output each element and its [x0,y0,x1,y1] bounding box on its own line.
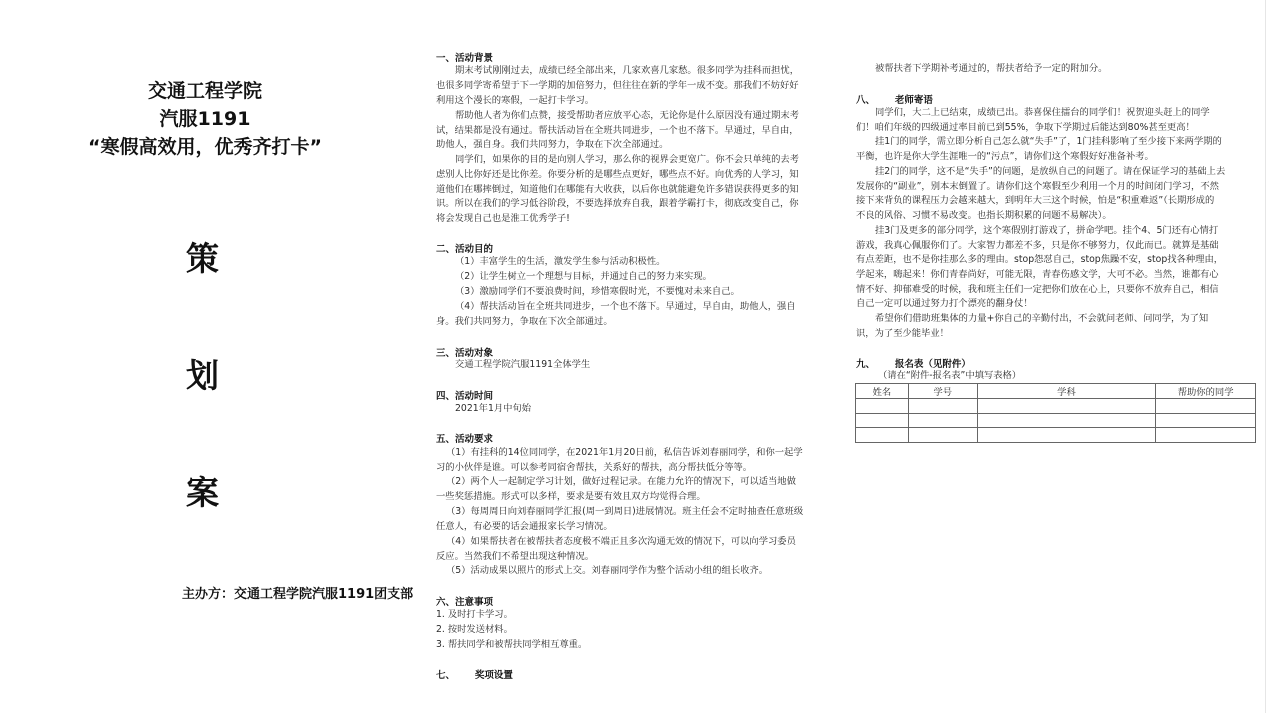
paragraph-line: 同学们，大二上已结束，成绩已出。恭喜保住擂台的同学们！祝贺迎头赶上的同学 [875,105,1210,120]
list-item: （1）有挂科的14位同同学，在2021年1月20日前，私信告诉刘春丽同学，和你一… [446,445,803,460]
list-item: 反应。当然我们不希望出现这种情况。 [436,549,594,564]
list-item: （3）每周周日向刘春丽同学汇报(周一到周日)进展情况。班主任会不定时抽查任意班级 [446,504,803,519]
paragraph-line: 学起来，嗨起来！你们青春尚好，可能无限，青春伤感文学，大可不必。当然，谁都有心 [856,267,1219,282]
paragraph-line: 被帮扶者下学期补考通过的，帮扶者给予一定的附加分。 [875,61,1107,76]
table-cell [908,399,977,414]
section-title-awards: 七、 奖项设置 [436,667,513,681]
table-cell [856,428,909,443]
table-row [856,413,1256,428]
table-cell [977,399,1156,414]
paragraph-line: 挂2门的同学，这不是“失手”的问题，是放纵自己的问题了。请在保证学习的基础上去 [875,164,1225,179]
list-item: 3. 帮扶同学和被帮扶同学相互尊重。 [436,637,587,652]
signup-note: （请在“附件-报名表”中填写表格） [878,368,1021,383]
section-title-teacher-message: 八、 老师寄语 [856,92,933,106]
table-cell [908,413,977,428]
paragraph-line: 情不好、抑郁难受的时候，我和班主任们一定把你们放在心上，只要你不放弃自己，相信 [856,282,1219,297]
list-item: 一些奖惩措施。形式可以多样，要求是要有效且双方均觉得合理。 [436,489,706,504]
paragraph-line: 同学们，如果你的目的是向别人学习，那么你的视界会更宽广。你不会只单纯的去考 [455,152,799,167]
paragraph-line: 接下来背负的课程压力会越来越大，到明年大三这个时候，怕是“积重难返”（长期形成的 [856,193,1214,208]
list-item: （1）丰富学生的生活，激发学生参与活动积极性。 [455,254,665,269]
list-item: （4）如果帮扶者在被帮扶者态度极不端正且多次沟通无效的情况下，可以向学习委员 [446,534,796,549]
cover-char-2: 划 [186,350,219,397]
table-cell [977,413,1156,428]
cover-char-3: 案 [186,467,219,514]
table-row [856,399,1256,414]
header-name: 姓名 [856,384,909,399]
list-item: （5）活动成果以照片的形式上交。刘春丽同学作为整个活动小组的组长收齐。 [446,563,768,578]
table-cell [1156,428,1256,443]
paragraph-line: 不良的风俗、习惯不易改变。也指长期积累的问题不易解决）。 [856,208,1112,223]
sponsor-line: 主办方：交通工程学院汽服1191团支部 [182,583,413,602]
paragraph-line: 识，为了至少能毕业！ [856,326,949,341]
list-item: （2）让学生树立一个理想与目标，并通过自己的努力来实现。 [455,269,712,284]
table-header-row: 姓名 学号 学科 帮助你的同学 [856,384,1256,399]
section-title-background: 一、活动背景 [436,50,493,64]
list-item: （4）帮扶活动旨在全班共同进步，一个也不落下。早通过，早自由，助他人，强自 [455,299,796,314]
table-cell [1156,399,1256,414]
section-title-notes: 六、注意事项 [436,594,493,608]
paragraph-line: 将会发现自己也是淮工优秀学子! [436,211,570,226]
paragraph-line: 平衡，也许是你大学生涯唯一的“污点”，请你们这个寒假好好准备补考。 [856,149,1154,164]
list-item: 身。我们共同努力，争取在下次全部通过。 [436,314,613,329]
paragraph-line: 游戏，我真心佩服你们了。大家智力都差不多，只是你不够努力，仅此而已。就算是基础 [856,238,1219,253]
paragraph-line: 也很多同学寄希望于下一学期的加倍努力，但往往在新的学年一成不变。那我们不妨好好 [436,78,799,93]
paragraph-line: 道他们在哪摔倒过，知道他们在哪能有大收获，以后你也就能避免许多错误获得更多的知 [436,182,799,197]
list-item: 1. 及时打卡学习。 [436,607,513,622]
table-row [856,428,1256,443]
paragraph-line: 有点差距，也不是你挂那么多的理由。stop怨怼自己，stop焦躁不安，stop找… [856,252,1223,267]
paragraph-line: 虑别人比你好还是比你差。你要分析的是哪些点更好，哪些点不好。向优秀的人学习，知 [436,167,799,182]
list-item: 习的小伙伴是谁。可以参考同宿舍帮扶，关系好的帮扶，高分帮扶低分等等。 [436,460,752,475]
paragraph-line: 挂3门及更多的部分同学，这个寒假别打游戏了，拼命学吧。挂个4、5门还有心情打 [875,223,1218,238]
paragraph-line: 们！咱们年级的四级通过率目前已到55%，争取下学期过后能达到80%甚至更高！ [856,120,1195,135]
cover-page: 交通工程学院 汽服1191 “寒假高效用，优秀齐打卡” 策 划 案 主办方：交通… [0,0,420,713]
section-title-requirements: 五、活动要求 [436,431,493,445]
paragraph-line: 助他人，强自身。我们共同努力，争取在下次全部通过。 [436,137,668,152]
signup-table: 姓名 学号 学科 帮助你的同学 [855,383,1256,443]
paragraph-line: 期末考试刚刚过去，成绩已经全部出来，几家欢喜几家愁。很多同学为挂科而担忧， [455,63,799,78]
paragraph-line: 挂1门的同学，需立即分析自己怎么就“失手”了，1门挂科影响了至少接下来两学期的 [875,134,1222,149]
table-cell [1156,413,1256,428]
header-student-id: 学号 [908,384,977,399]
paragraph-line: 利用这个漫长的寒假，一起打卡学习。 [436,93,594,108]
cover-char-1: 策 [186,233,219,280]
header-subject: 学科 [977,384,1156,399]
list-item: 任意人，有必要的话会通报家长学习情况。 [436,519,613,534]
paragraph-line: 发展你的“副业”，别本末倒置了。请你们这个寒假至少利用一个月的时间闭门学习，不然 [856,179,1219,194]
list-item: （2）两个人一起制定学习计划，做好过程记录。在能力允许的情况下，可以适当地做 [446,474,796,489]
paragraph-line: 交通工程学院汽服1191全体学生 [455,357,590,372]
table-cell [977,428,1156,443]
table-cell [856,399,909,414]
paragraph-line: 试，结果都是没有通过。帮扶活动旨在全班共同进步，一个也不落下。早通过，早自由， [436,123,799,138]
table-cell [908,428,977,443]
header-helper: 帮助你的同学 [1156,384,1256,399]
paragraph-line: 2021年1月中旬始 [455,401,531,416]
cover-class-name: 汽服1191 [0,106,410,133]
paragraph-line: 识。所以在我们的学习低谷阶段，不要选择放弃自我，跟着学霸打卡，彻底改变自己，你 [436,196,799,211]
paragraph-line: 帮助他人者为你们点赞，接受帮助者应放平心态，无论你是什么原因没有通过期末考 [455,108,799,123]
list-item: 2. 按时发送材料。 [436,622,513,637]
list-item: （3）激励同学们不要浪费时间，珍惜寒假时光，不要愧对未来自己。 [455,284,740,299]
paragraph-line: 希望你们借助班集体的力量+你自己的辛勤付出，不会就问老师、问同学，为了知 [875,311,1208,326]
section-title-purpose: 二、活动目的 [436,241,493,255]
table-cell [856,413,909,428]
paragraph-line: 自己一定可以通过努力打个漂亮的翻身仗！ [856,296,1033,311]
section-title-time: 四、活动时间 [436,388,493,402]
cover-school-name: 交通工程学院 [0,78,410,105]
cover-slogan: “寒假高效用，优秀齐打卡” [0,134,410,161]
